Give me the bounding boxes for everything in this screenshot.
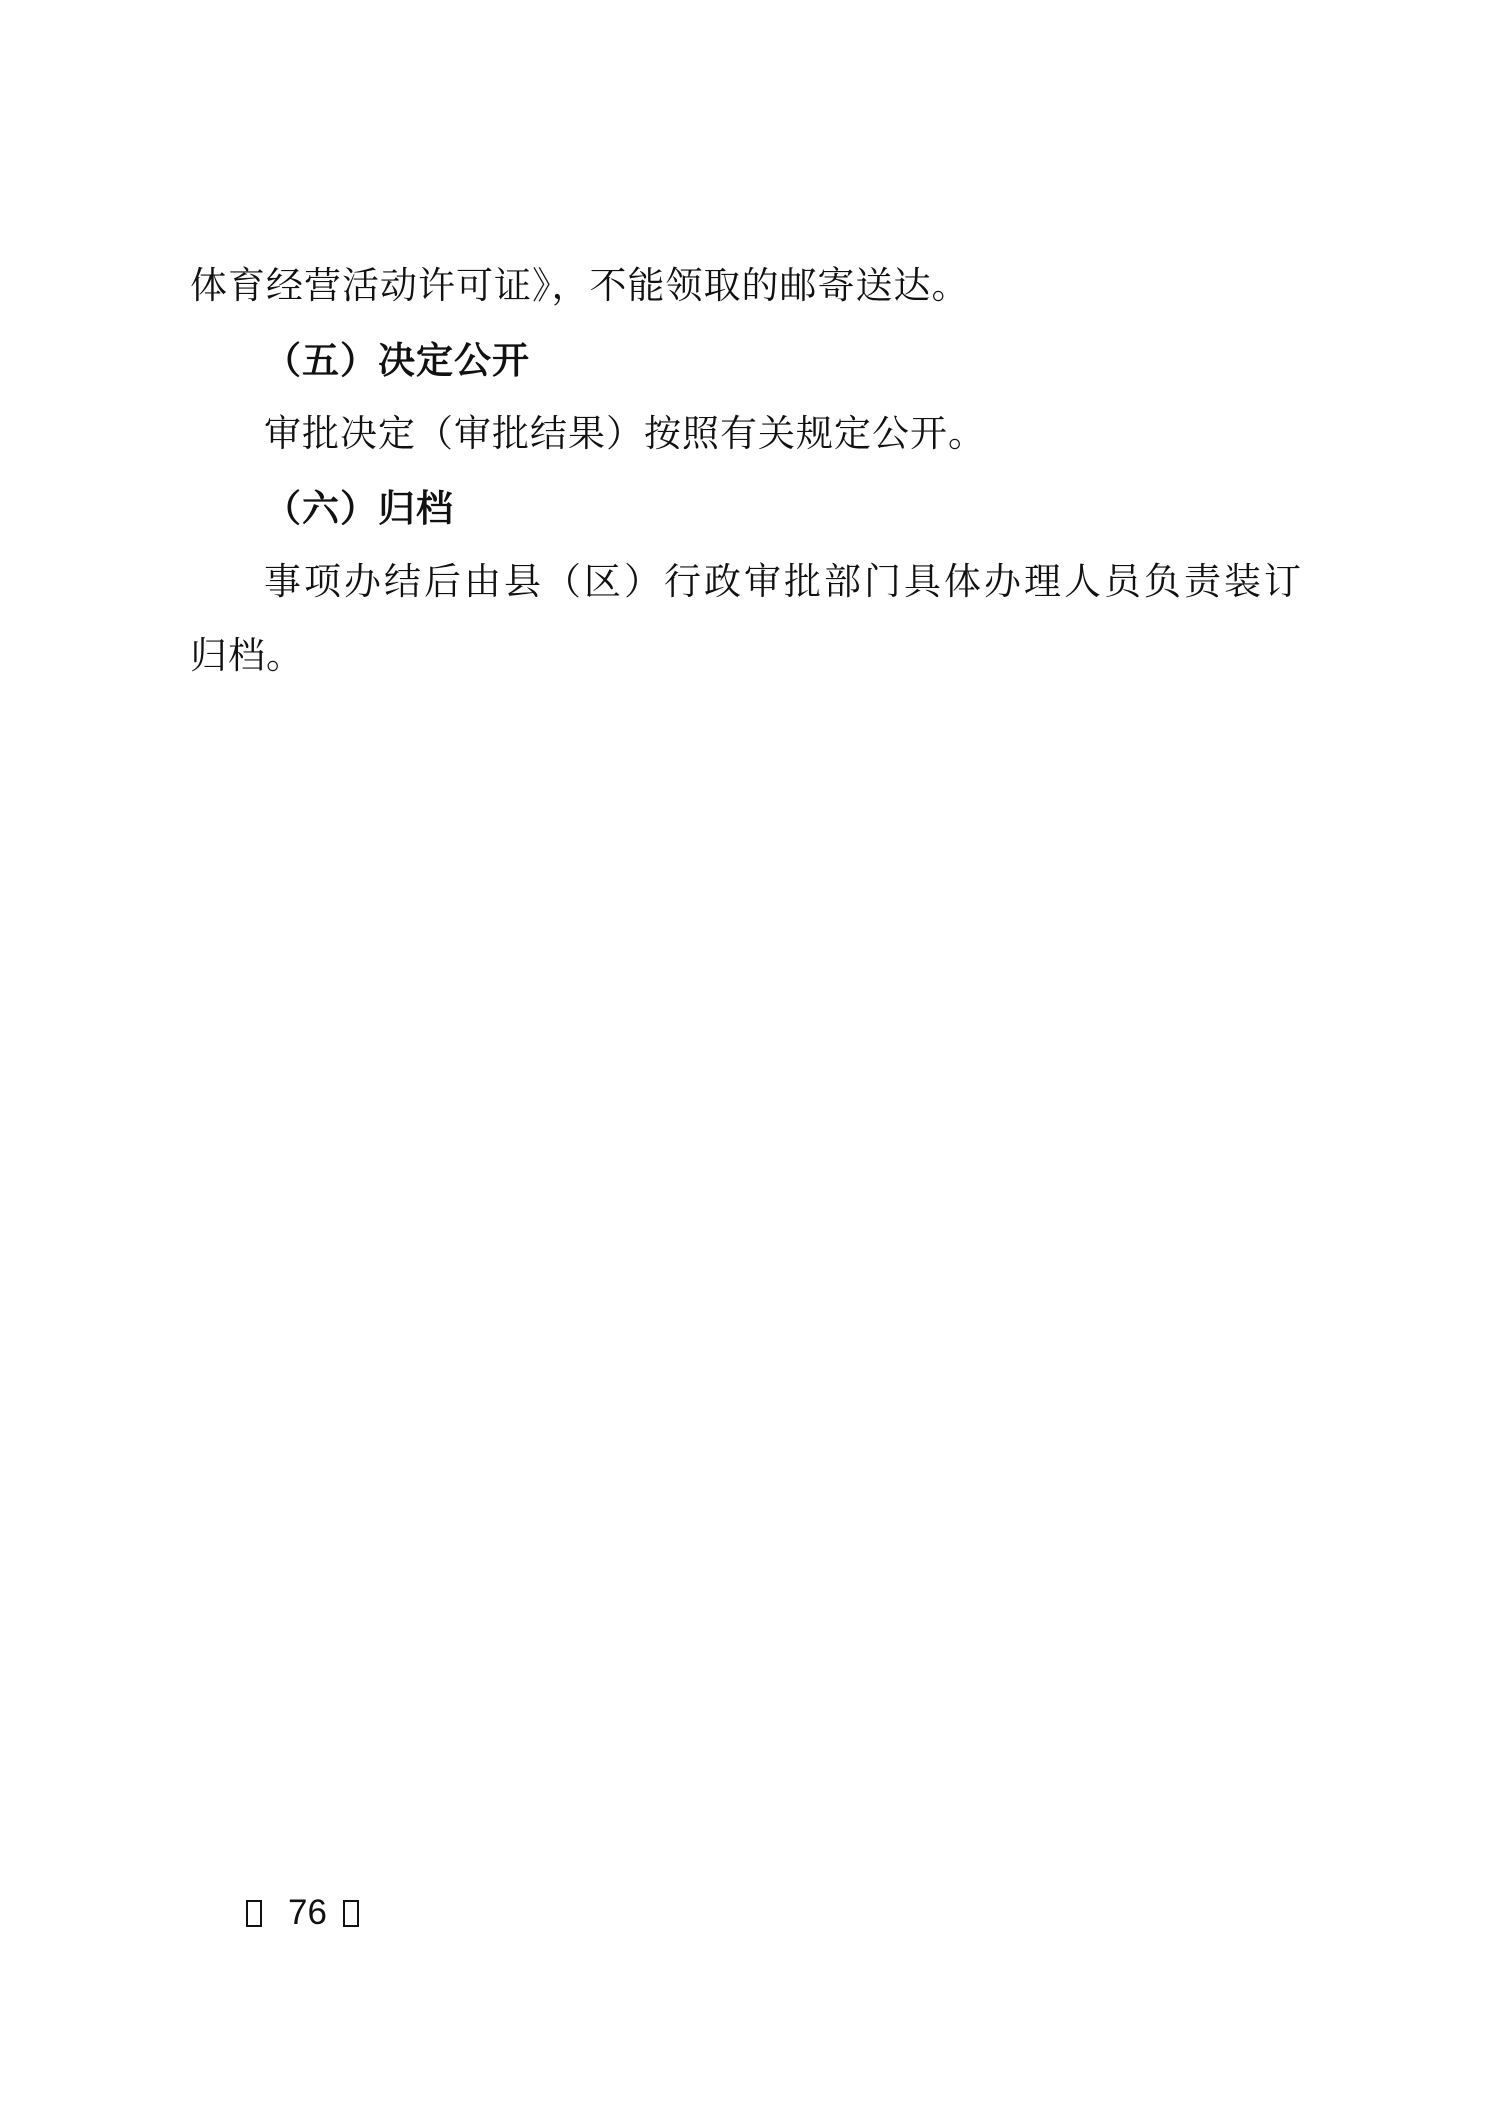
page-number: 76: [288, 1893, 327, 1933]
page-footer: 76: [246, 1893, 359, 1933]
document-body: 体育经营活动许可证》，不能领取的邮寄送达。 （五）决定公开 审批决定（审批结果）…: [190, 249, 1305, 693]
paragraph-archiving-line-1: 事项办结后由县（区）行政审批部门具体办理人员负责装订: [190, 545, 1305, 619]
missing-glyph-box-icon: [246, 1900, 262, 1927]
paragraph-archiving-line-2: 归档。: [190, 619, 1305, 693]
paragraph-decision-publicity: 审批决定（审批结果）按照有关规定公开。: [190, 397, 1305, 471]
section-heading-5: （五）决定公开: [190, 323, 1305, 397]
missing-glyph-box-icon: [343, 1900, 359, 1927]
document-page: 体育经营活动许可证》，不能领取的邮寄送达。 （五）决定公开 审批决定（审批结果）…: [0, 0, 1487, 2105]
section-heading-6: （六）归档: [190, 471, 1305, 545]
paragraph-continuation-line: 体育经营活动许可证》，不能领取的邮寄送达。: [190, 249, 1305, 323]
